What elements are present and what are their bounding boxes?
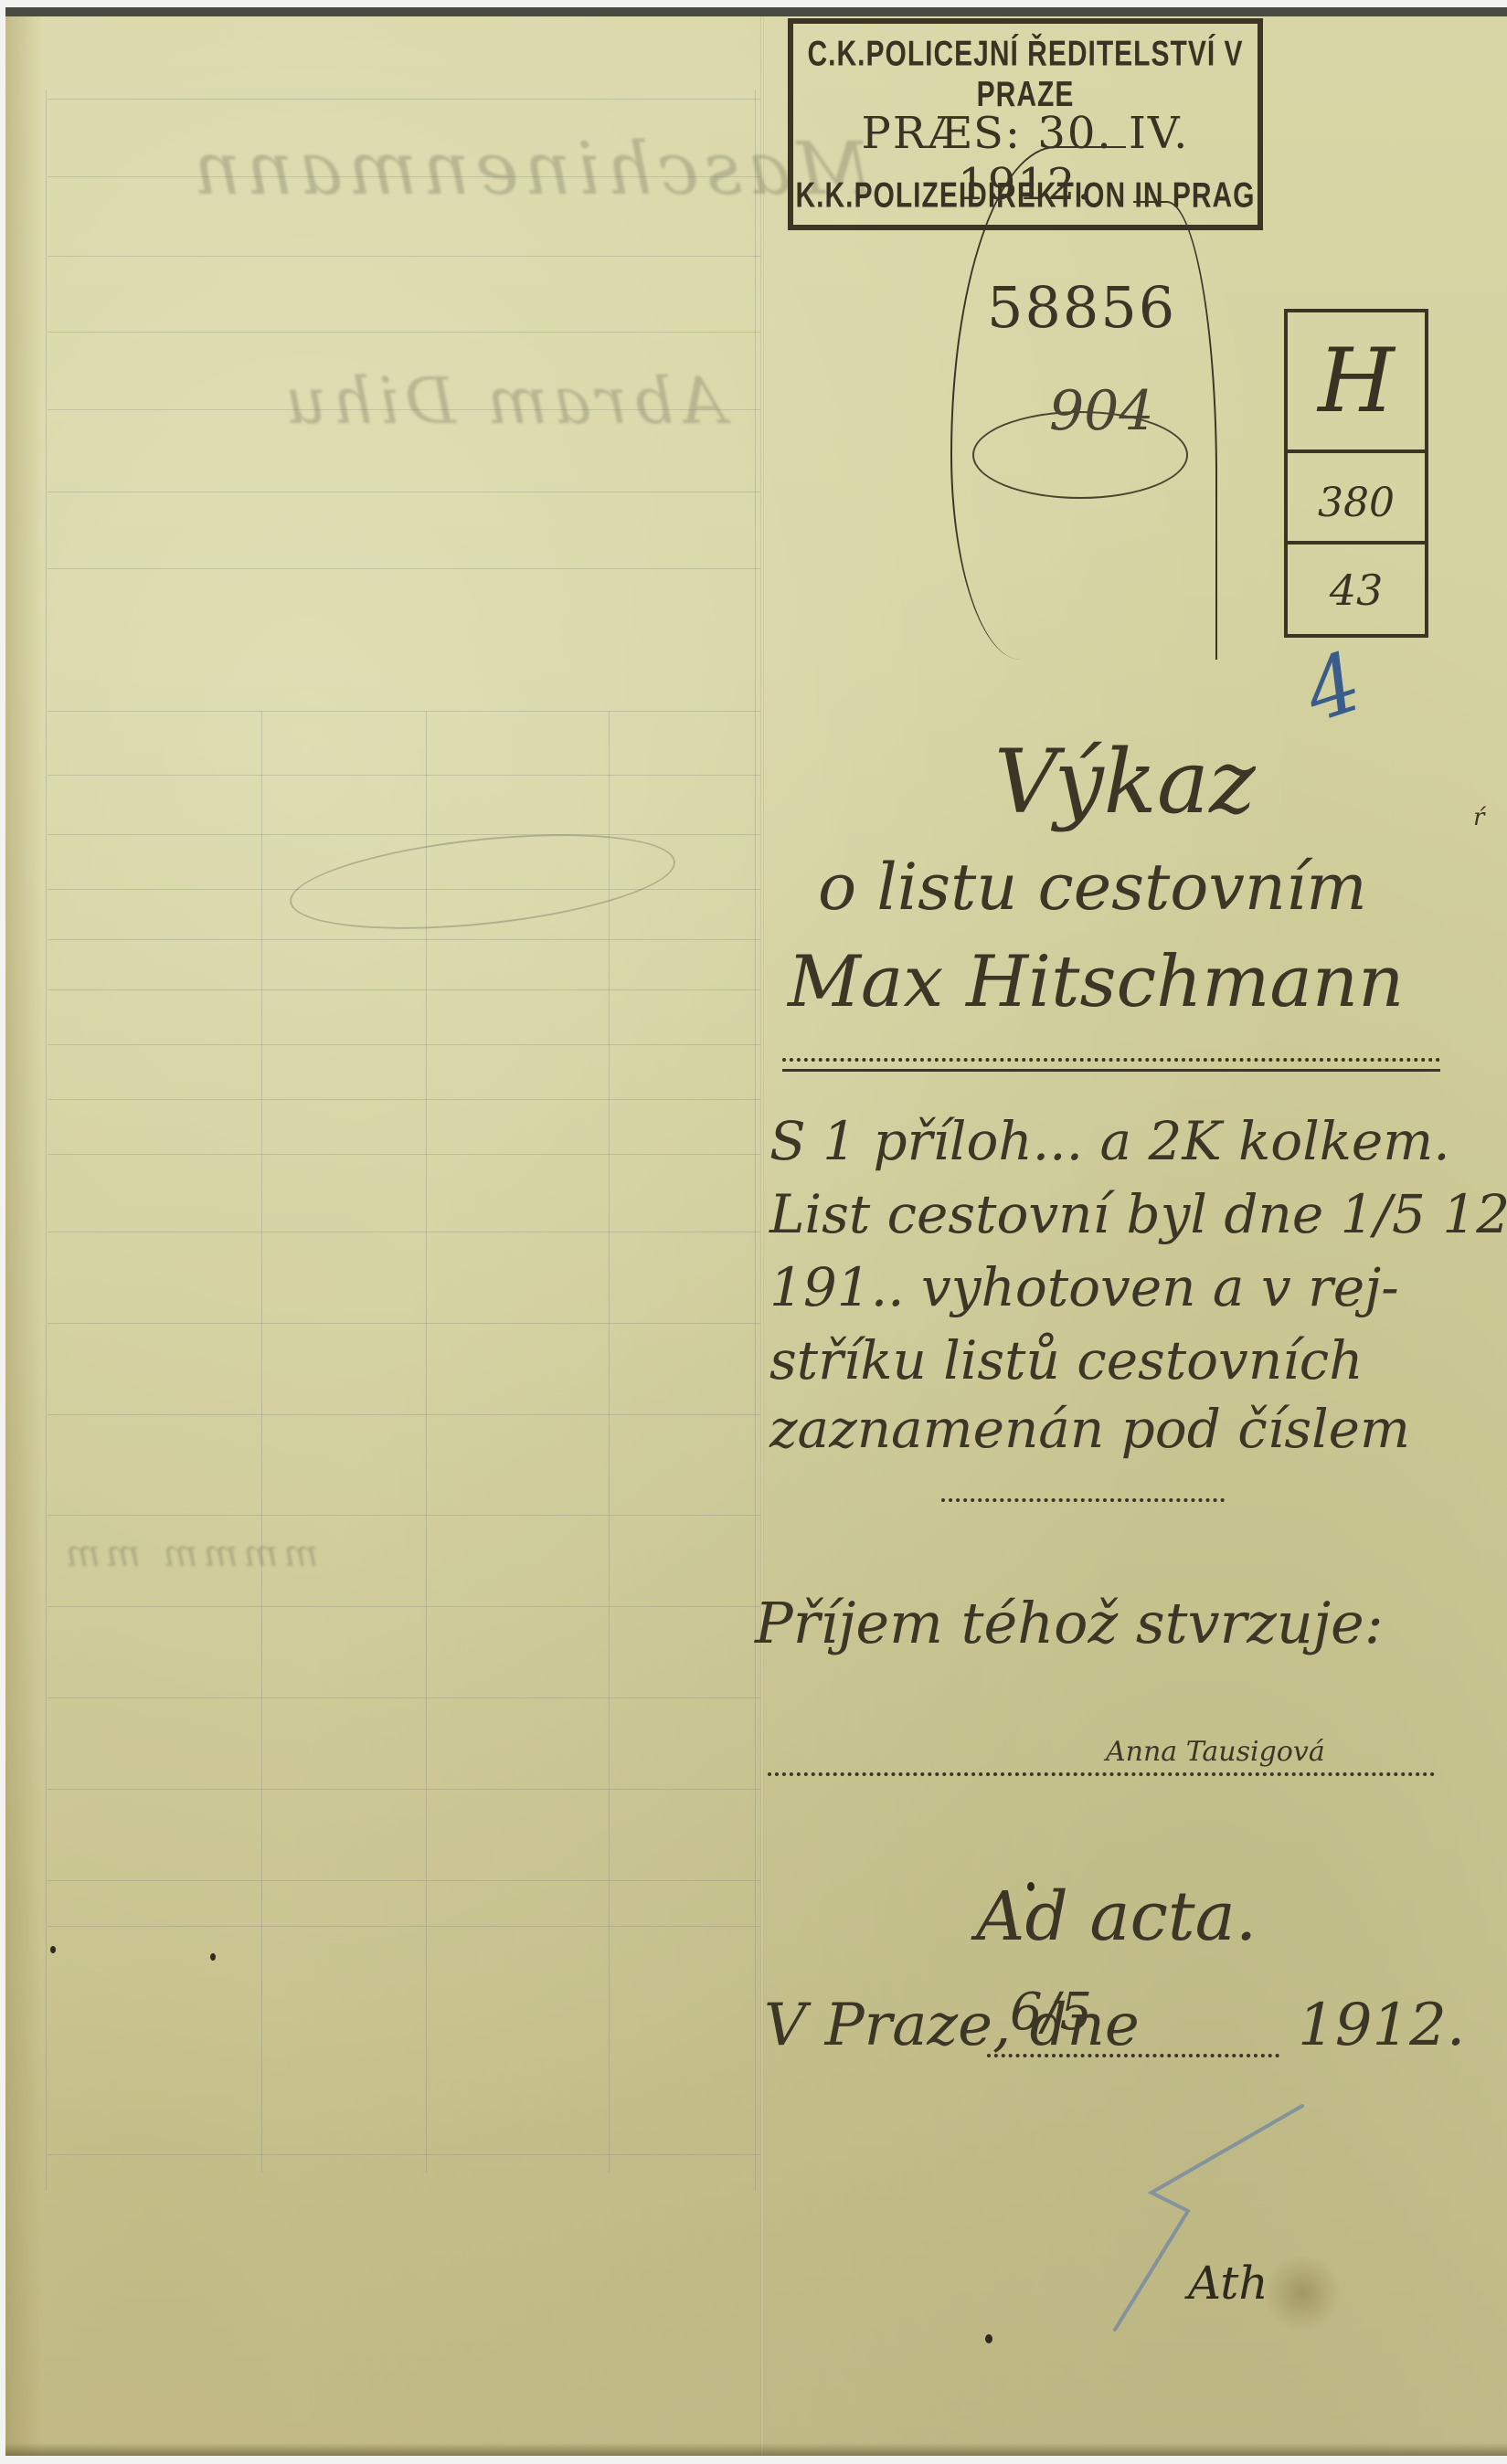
ink-speck	[50, 1946, 56, 1953]
paper-fold	[760, 16, 764, 2456]
bleed-through-text: mmmm mm	[60, 1533, 318, 1575]
paper-edge	[5, 16, 42, 2456]
body-line-register: stříku listů cestovních	[769, 1329, 1364, 1391]
bleed-through-text: Abram Dihu	[280, 364, 726, 439]
bleed-through-text: Maschinenmann	[188, 126, 872, 211]
circled-number: 904	[1049, 379, 1154, 443]
handwritten-date: 6/5	[1010, 1983, 1092, 2042]
ink-speck	[985, 2334, 992, 2343]
receipt-signature: Anna Tausigová	[1106, 1736, 1325, 1768]
filing-box-number-1: 380	[1284, 449, 1428, 545]
ink-speck	[210, 1953, 216, 1961]
paper-bottom-edge	[5, 2443, 1507, 2456]
filing-box-stack: H 380 43	[1284, 312, 1428, 638]
document-subtitle: o listu cestovním	[818, 850, 1367, 925]
filing-box-number-2: 43	[1284, 541, 1428, 638]
date-year: 1912.	[1298, 1992, 1465, 2059]
ad-acta-note: Ad acta.	[976, 1877, 1257, 1956]
applicant-name: Max Hitschmann	[788, 941, 1404, 1023]
receipt-label: Příjem téhož stvrzuje:	[755, 1590, 1384, 1656]
final-signature: Ath	[1188, 2257, 1268, 2310]
dotted-divider	[782, 1058, 1440, 1062]
body-line-prepared: 191.. vyhotoven a v rej-	[769, 1256, 1399, 1318]
filing-box-letter: H	[1284, 309, 1428, 453]
signature-line-dots	[768, 1772, 1435, 1776]
solid-divider	[782, 1069, 1440, 1072]
date-line-dots	[987, 2054, 1279, 2057]
ink-stain	[1261, 2257, 1343, 2330]
bleed-through-loop	[285, 819, 680, 945]
stamp-line-czech: C.K.POLICEJNÍ ŘEDITELSTVÍ V PRAZE	[793, 35, 1258, 115]
number-blank-dots	[941, 1498, 1225, 1502]
body-line-issued-date: List cestovní byl dne 1/5 12.	[769, 1183, 1507, 1245]
document-title: Výkaz	[994, 731, 1256, 833]
margin-mark: ŕ	[1473, 804, 1484, 831]
body-line-attachments: S 1 příloh... a 2K kolkem.	[769, 1110, 1450, 1172]
registry-number: 58856	[987, 274, 1176, 341]
body-line-recorded: zaznamenán pod číslem	[769, 1398, 1410, 1460]
